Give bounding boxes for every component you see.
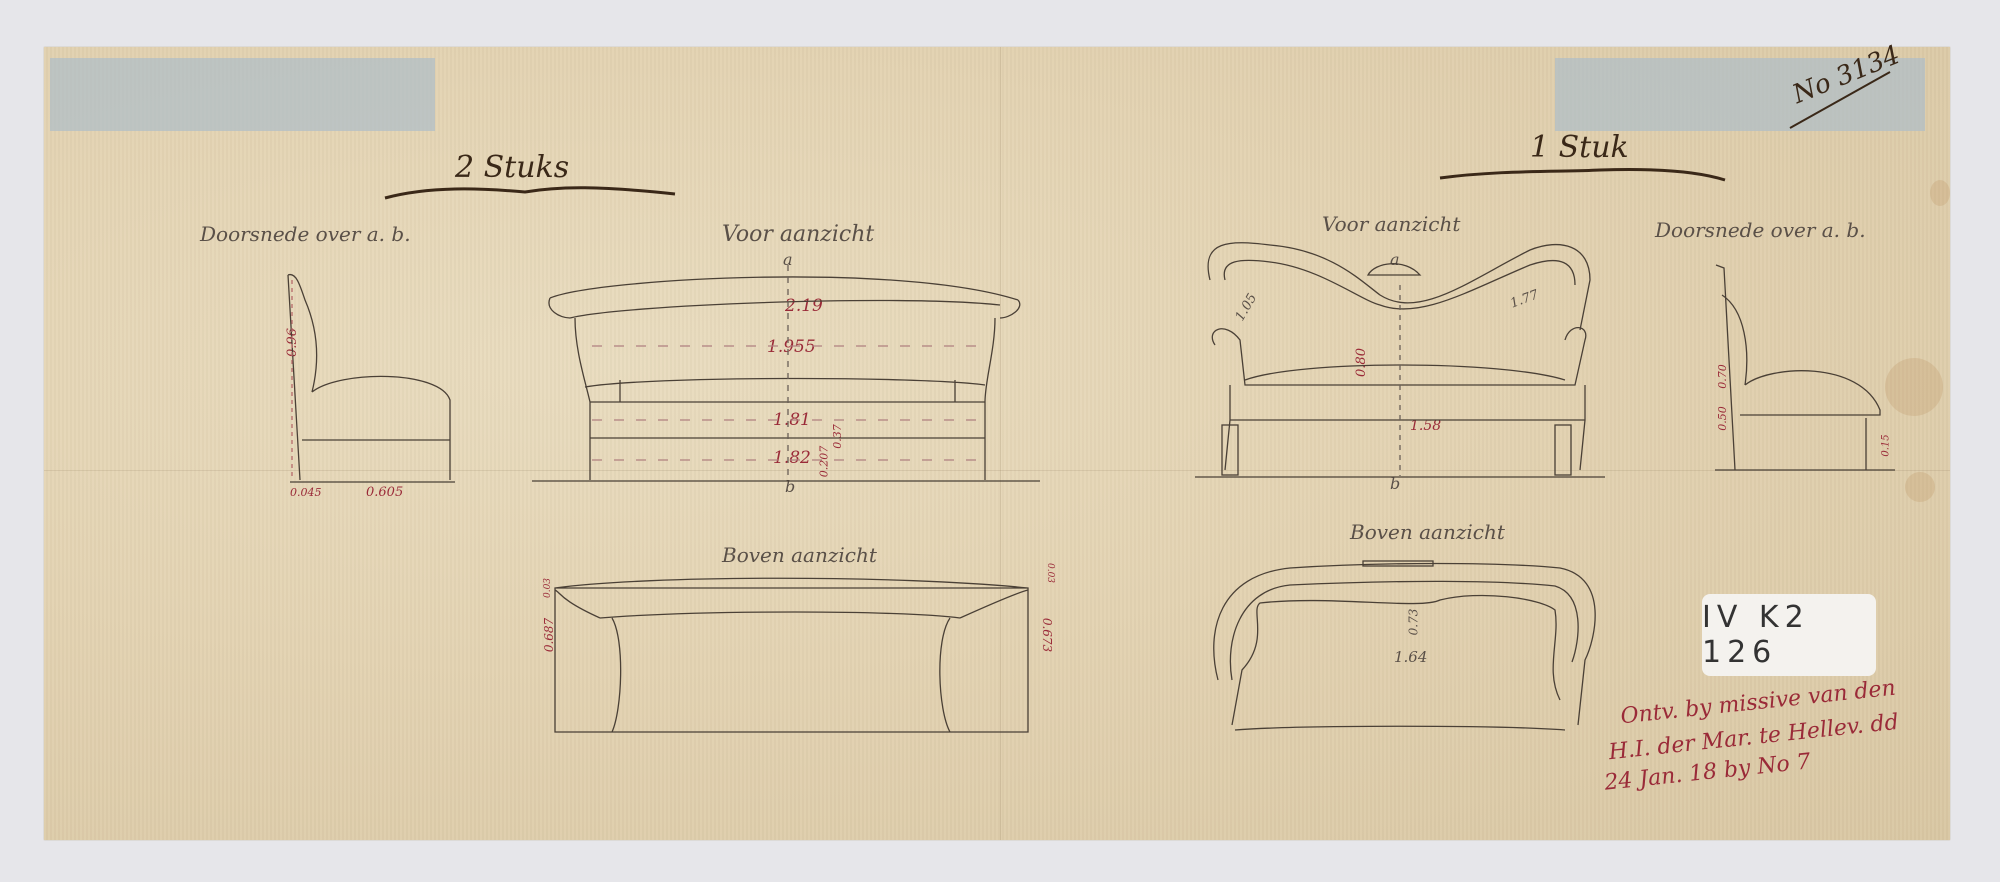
furniture-drawings — [0, 0, 2000, 882]
